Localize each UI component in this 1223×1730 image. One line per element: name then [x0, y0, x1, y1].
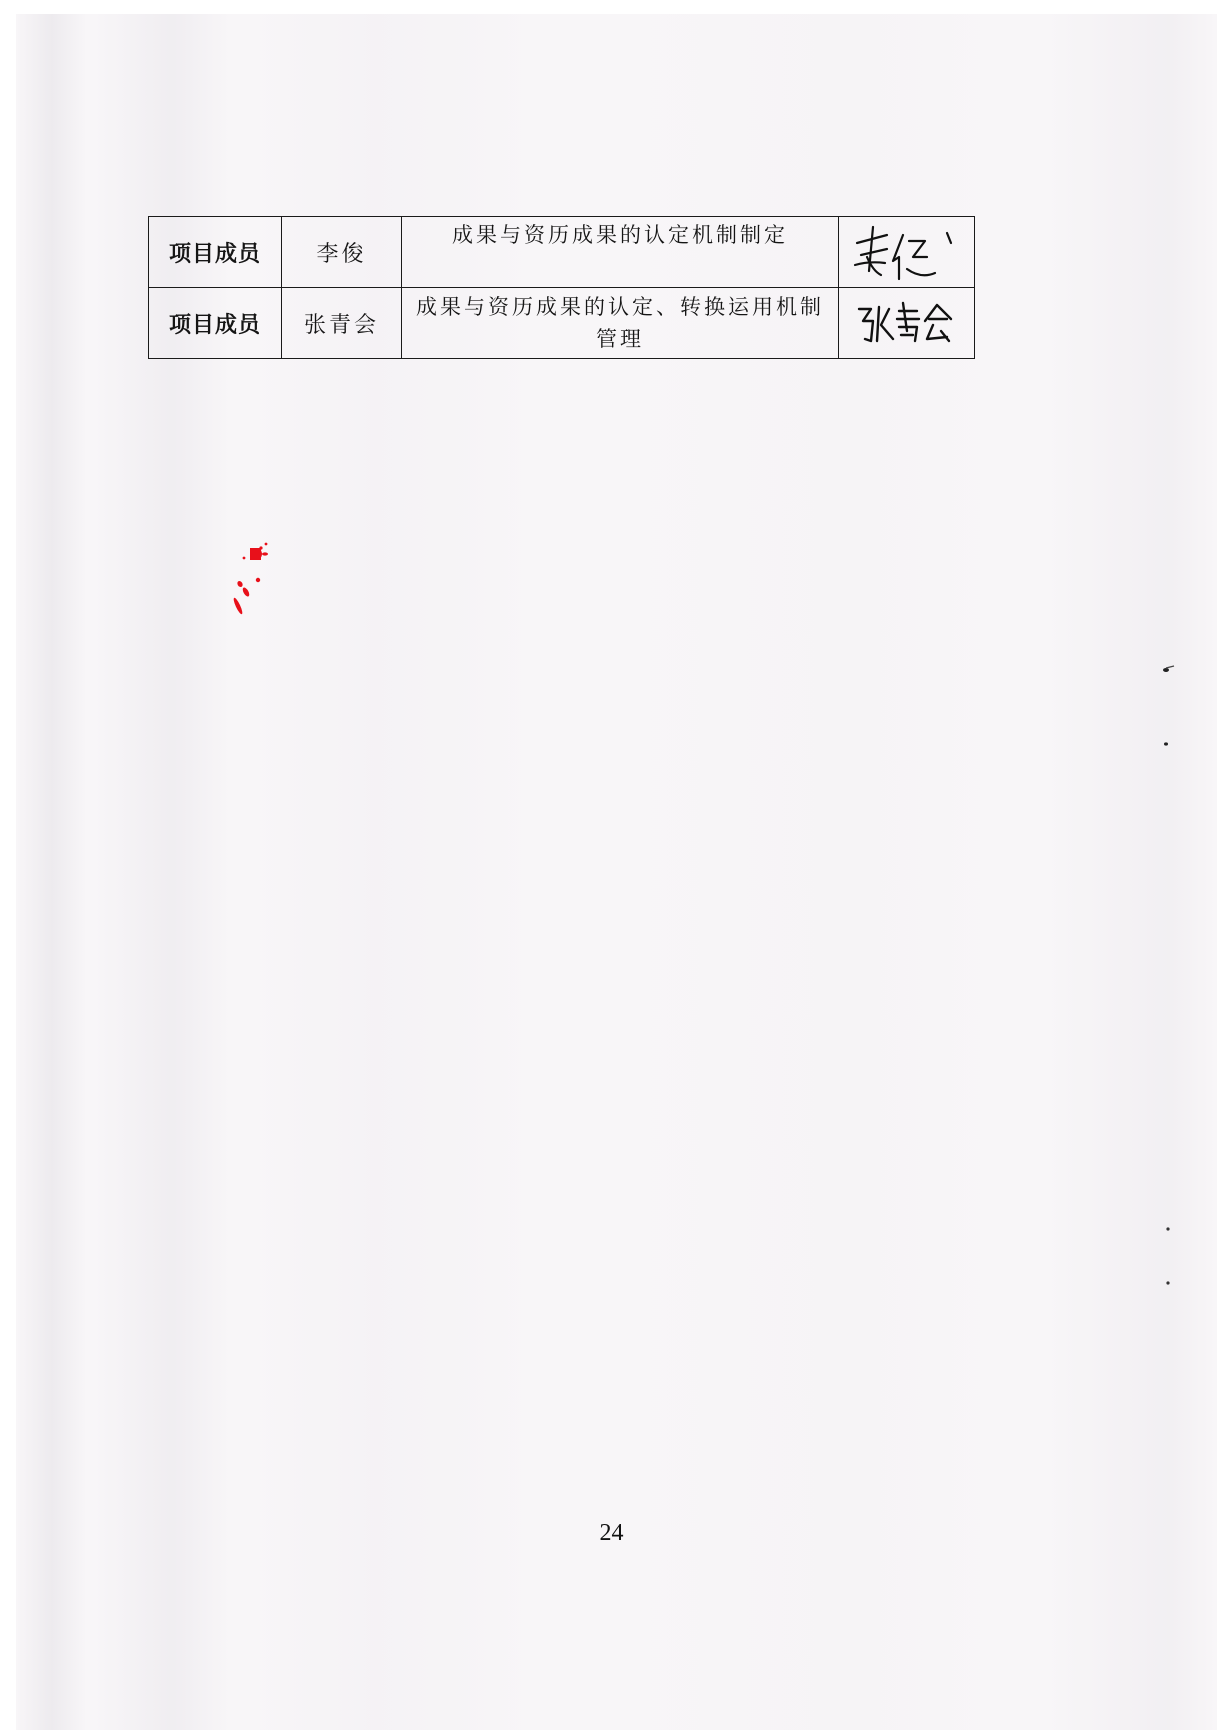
project-members-table: 项目成员 李俊 成果与资历成果的认定机制制定 项目成员 张青会: [148, 216, 975, 359]
signature-cell: [839, 288, 975, 359]
scan-speck-icon: [1160, 660, 1180, 780]
handwritten-signature-icon: [847, 221, 967, 283]
task-line: 管理: [408, 323, 832, 355]
table-row: 项目成员 李俊 成果与资历成果的认定机制制定: [149, 217, 975, 288]
task-line: 成果与资历成果的认定、转换运用机制: [408, 291, 832, 323]
member-name-cell: 李俊: [282, 217, 402, 288]
member-name-cell: 张青会: [282, 288, 402, 359]
page-number: 24: [0, 1520, 1223, 1547]
red-ink-stain-icon: [230, 540, 280, 670]
signature-cell: [839, 217, 975, 288]
table-row: 项目成员 张青会 成果与资历成果的认定、转换运用机制 管理: [149, 288, 975, 359]
scan-speck-icon: [1164, 1225, 1174, 1305]
task-cell: 成果与资历成果的认定机制制定: [402, 217, 839, 288]
role-cell: 项目成员: [149, 288, 282, 359]
role-cell: 项目成员: [149, 217, 282, 288]
task-cell: 成果与资历成果的认定、转换运用机制 管理: [402, 288, 839, 359]
handwritten-signature-icon: [847, 295, 967, 351]
